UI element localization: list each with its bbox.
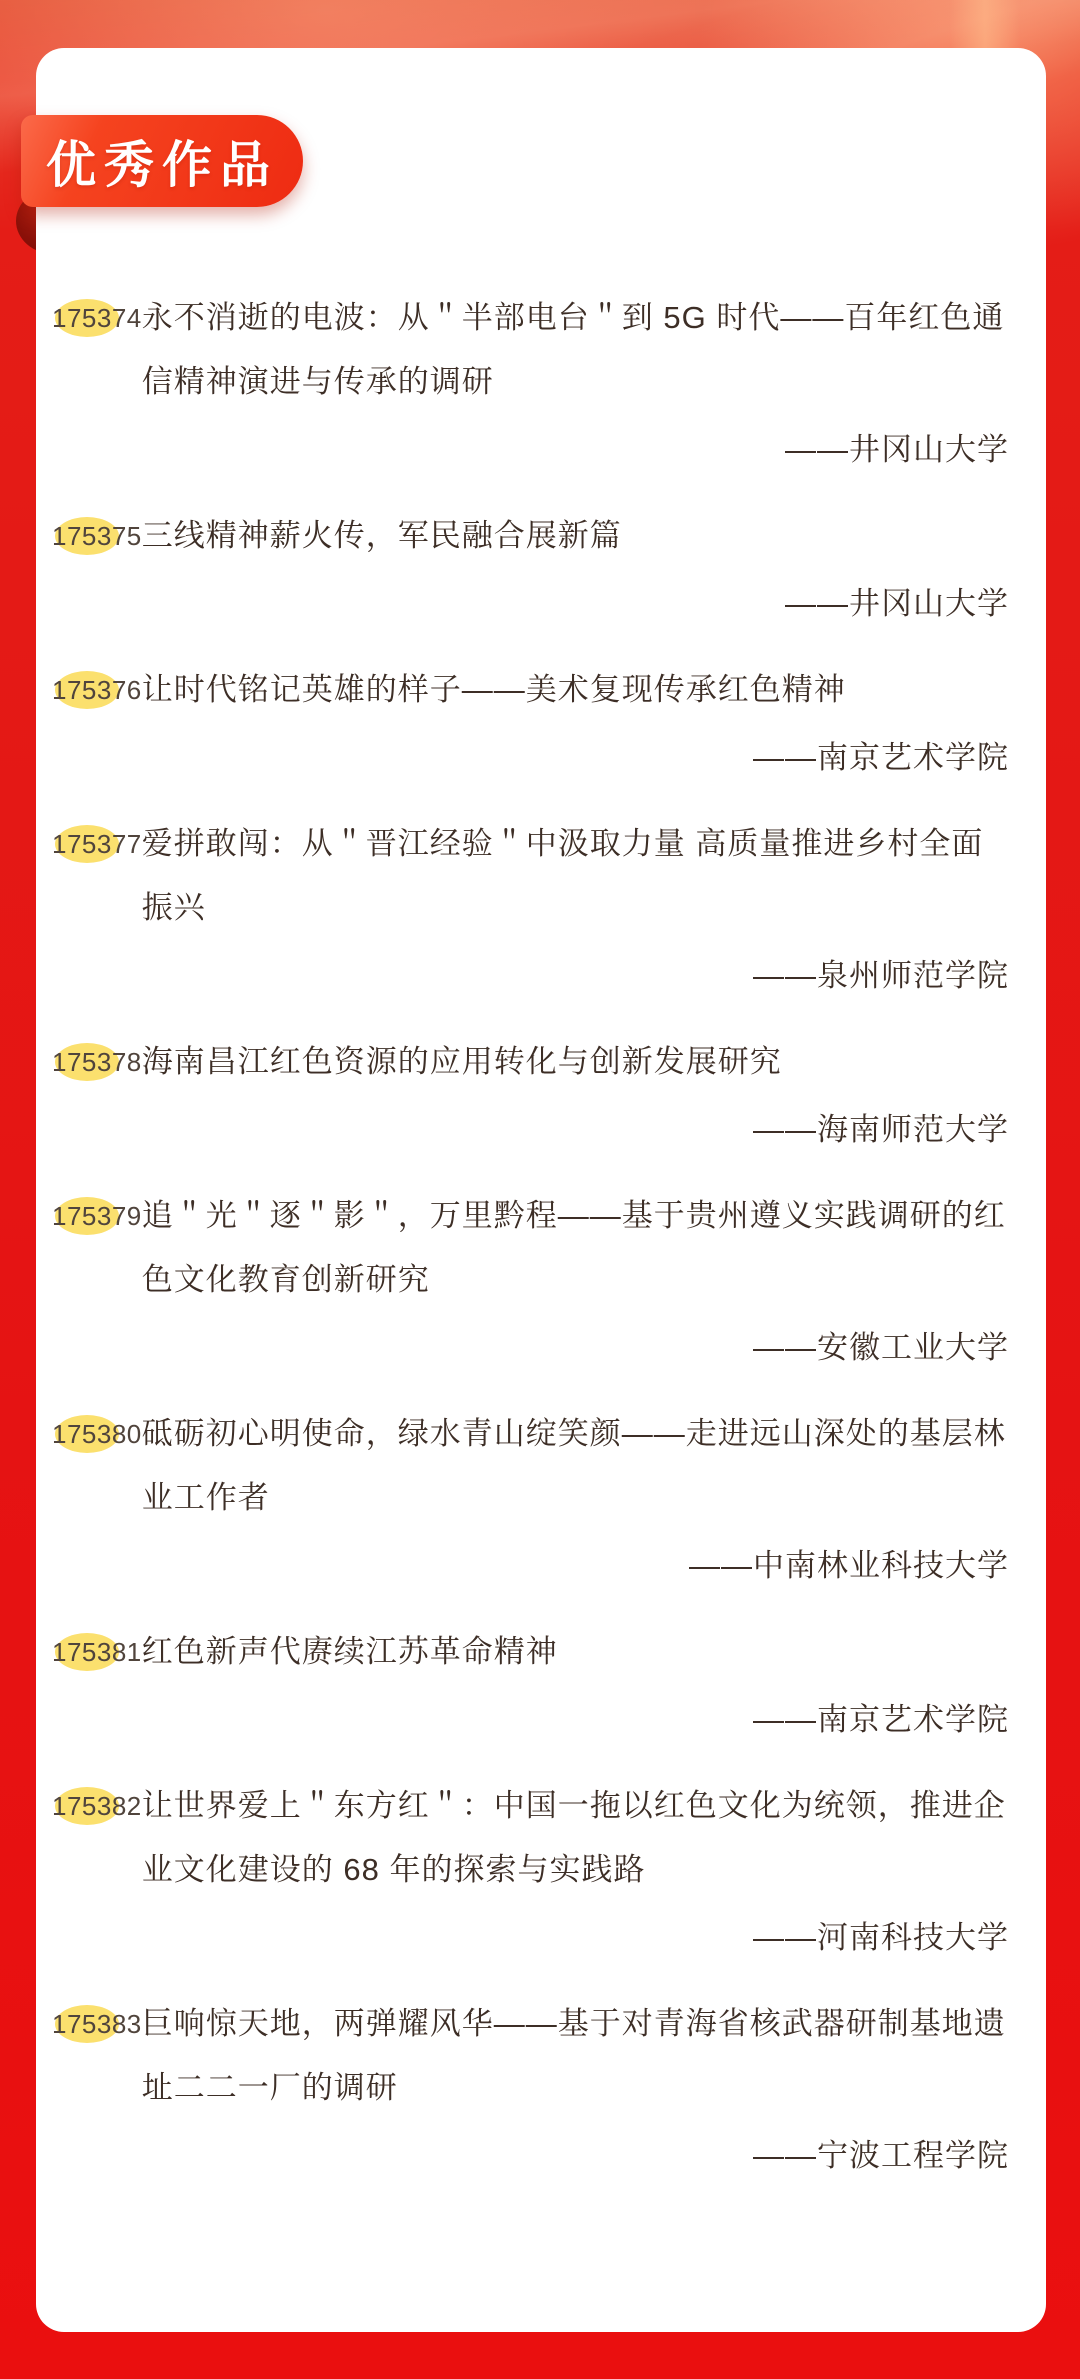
entry-title: 砥砺初心明使命，绿水青山绽笑颜——走进远山深处的基层林业工作者 [142, 1402, 1009, 1530]
entry-body: 永不消逝的电波：从＂半部电台＂到 5G 时代——百年红色通信精神演进与传承的调研… [142, 286, 1009, 482]
entry-title: 追＂光＂逐＂影＂，万里黔程——基于贵州遵义实践调研的红色文化教育创新研究 [142, 1184, 1009, 1312]
entry-body: 砥砺初心明使命，绿水青山绽笑颜——走进远山深处的基层林业工作者 ——中南林业科技… [142, 1402, 1009, 1598]
entry-title: 红色新声代赓续江苏革命精神 [142, 1620, 1009, 1684]
entry-number: 175381 [52, 1620, 142, 1752]
entry-body: 让时代铭记英雄的样子——美术复现传承红色精神 ——南京艺术学院 [142, 658, 1009, 790]
work-entry: 175382 让世界爱上＂东方红＂：中国一拖以红色文化为统领，推进企业文化建设的… [52, 1774, 1009, 1970]
entry-title: 让时代铭记英雄的样子——美术复现传承红色精神 [142, 658, 1009, 722]
entry-organization: ——中南林业科技大学 [142, 1534, 1009, 1598]
work-entry: 175380 砥砺初心明使命，绿水青山绽笑颜——走进远山深处的基层林业工作者 —… [52, 1402, 1009, 1598]
entry-number-text: 175374 [52, 303, 142, 333]
work-entry: 175377 爱拼敢闯：从＂晋江经验＂中汲取力量 高质量推进乡村全面振兴 ——泉… [52, 812, 1009, 1008]
work-entry: 175379 追＂光＂逐＂影＂，万里黔程——基于贵州遵义实践调研的红色文化教育创… [52, 1184, 1009, 1380]
entry-body: 爱拼敢闯：从＂晋江经验＂中汲取力量 高质量推进乡村全面振兴 ——泉州师范学院 [142, 812, 1009, 1008]
entry-number: 175380 [52, 1402, 142, 1598]
entry-number-text: 175379 [52, 1201, 142, 1231]
work-entry: 175383 巨响惊天地，两弹耀风华——基于对青海省核武器研制基地遗址二二一厂的… [52, 1992, 1009, 2188]
entry-body: 追＂光＂逐＂影＂，万里黔程——基于贵州遵义实践调研的红色文化教育创新研究 ——安… [142, 1184, 1009, 1380]
entry-organization: ——宁波工程学院 [142, 2124, 1009, 2188]
entry-body: 海南昌江红色资源的应用转化与创新发展研究 ——海南师范大学 [142, 1030, 1009, 1162]
entry-title: 三线精神薪火传，军民融合展新篇 [142, 504, 1009, 568]
entry-number-text: 175375 [52, 521, 142, 551]
entry-body: 三线精神薪火传，军民融合展新篇 ——井冈山大学 [142, 504, 1009, 636]
entry-number: 175375 [52, 504, 142, 636]
entry-number-text: 175383 [52, 2009, 142, 2039]
entry-title: 让世界爱上＂东方红＂：中国一拖以红色文化为统领，推进企业文化建设的 68 年的探… [142, 1774, 1009, 1902]
work-entry: 175375 三线精神薪火传，军民融合展新篇 ——井冈山大学 [52, 504, 1009, 636]
entry-number: 175383 [52, 1992, 142, 2188]
work-entry: 175376 让时代铭记英雄的样子——美术复现传承红色精神 ——南京艺术学院 [52, 658, 1009, 790]
entry-organization: ——南京艺术学院 [142, 726, 1009, 790]
section-badge: 优秀作品 [21, 115, 303, 207]
work-entry: 175381 红色新声代赓续江苏革命精神 ——南京艺术学院 [52, 1620, 1009, 1752]
entry-body: 让世界爱上＂东方红＂：中国一拖以红色文化为统领，推进企业文化建设的 68 年的探… [142, 1774, 1009, 1970]
work-entry: 175374 永不消逝的电波：从＂半部电台＂到 5G 时代——百年红色通信精神演… [52, 286, 1009, 482]
entry-number: 175382 [52, 1774, 142, 1970]
entry-number-text: 175377 [52, 829, 142, 859]
entry-organization: ——海南师范大学 [142, 1098, 1009, 1162]
works-list: 175374 永不消逝的电波：从＂半部电台＂到 5G 时代——百年红色通信精神演… [52, 286, 1009, 2188]
entry-body: 巨响惊天地，两弹耀风华——基于对青海省核武器研制基地遗址二二一厂的调研 ——宁波… [142, 1992, 1009, 2188]
entry-number-text: 175381 [52, 1637, 142, 1667]
entry-title: 巨响惊天地，两弹耀风华——基于对青海省核武器研制基地遗址二二一厂的调研 [142, 1992, 1009, 2120]
entry-number: 175378 [52, 1030, 142, 1162]
entry-title: 永不消逝的电波：从＂半部电台＂到 5G 时代——百年红色通信精神演进与传承的调研 [142, 286, 1009, 414]
entry-number-text: 175378 [52, 1047, 142, 1077]
entry-organization: ——河南科技大学 [142, 1906, 1009, 1970]
section-badge-label: 优秀作品 [46, 125, 278, 197]
entry-title: 爱拼敢闯：从＂晋江经验＂中汲取力量 高质量推进乡村全面振兴 [142, 812, 1009, 940]
page: 优秀作品 175374 永不消逝的电波：从＂半部电台＂到 5G 时代——百年红色… [0, 0, 1080, 2379]
entry-number-text: 175380 [52, 1419, 142, 1449]
entry-body: 红色新声代赓续江苏革命精神 ——南京艺术学院 [142, 1620, 1009, 1752]
entry-number: 175377 [52, 812, 142, 1008]
entry-organization: ——南京艺术学院 [142, 1688, 1009, 1752]
entry-organization: ——泉州师范学院 [142, 944, 1009, 1008]
entry-number: 175376 [52, 658, 142, 790]
entry-organization: ——井冈山大学 [142, 572, 1009, 636]
entry-number-text: 175376 [52, 675, 142, 705]
entry-organization: ——安徽工业大学 [142, 1316, 1009, 1380]
content-card: 优秀作品 175374 永不消逝的电波：从＂半部电台＂到 5G 时代——百年红色… [36, 48, 1046, 2332]
work-entry: 175378 海南昌江红色资源的应用转化与创新发展研究 ——海南师范大学 [52, 1030, 1009, 1162]
entry-number: 175374 [52, 286, 142, 482]
entry-organization: ——井冈山大学 [142, 418, 1009, 482]
entry-number-text: 175382 [52, 1791, 142, 1821]
entry-title: 海南昌江红色资源的应用转化与创新发展研究 [142, 1030, 1009, 1094]
entry-number: 175379 [52, 1184, 142, 1380]
